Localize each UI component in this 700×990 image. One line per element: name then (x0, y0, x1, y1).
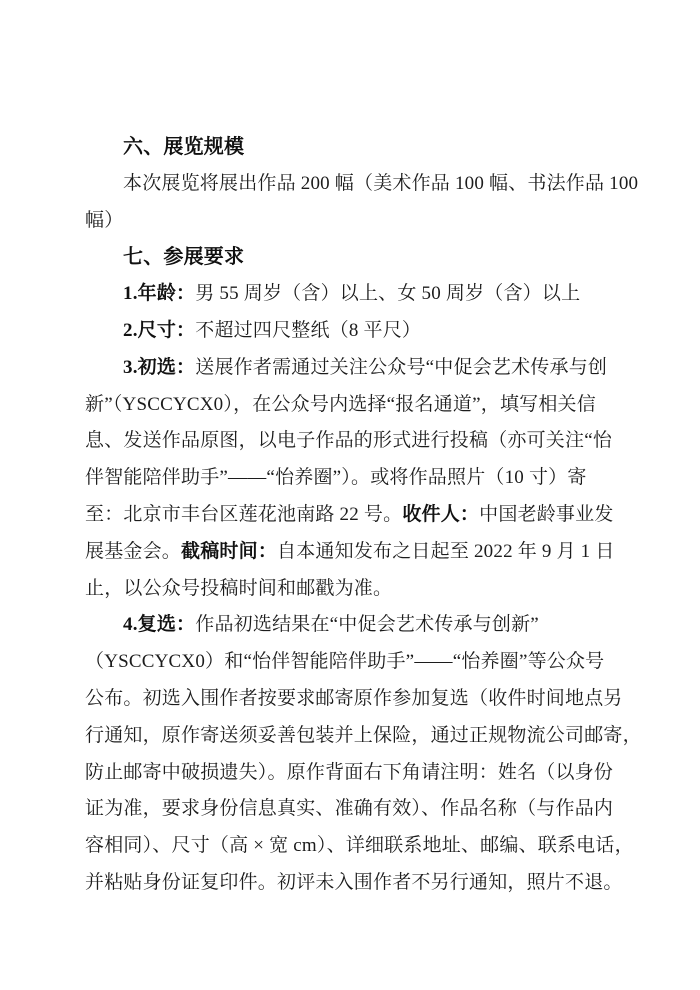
text-line: 并粘贴身份证复印件。初评未入围作者不另行通知，照片不退。 (85, 865, 619, 902)
text-line: 防止邮寄中破损遗失）。原作背面右下角请注明：姓名（以身份 (85, 755, 619, 792)
body-text: 展基金会。 (85, 541, 181, 562)
body-text: 中国老龄事业发 (479, 504, 613, 525)
document-page: 六、展览规模本次展览将展出作品 200 幅（美术作品 100 幅、书法作品 10… (0, 0, 700, 990)
body-text: 自本通知发布之日起至 2022 年 9 月 1 日 (277, 541, 615, 562)
text-line: 新”（YSCCYCX0），在公众号内选择“报名通道”，填写相关信 (85, 387, 619, 424)
body-text: 男 55 周岁（含）以上、女 50 周岁（含）以上 (195, 283, 580, 304)
text-line: 伴智能陪伴助手”——“怡养圈”）。或将作品照片（10 寸）寄 (85, 460, 619, 497)
body-text: 防止邮寄中破损遗失）。原作背面右下角请注明：姓名（以身份 (85, 762, 613, 783)
text-line: 展基金会。截稿时间：自本通知发布之日起至 2022 年 9 月 1 日 (85, 534, 619, 571)
section-heading: 七、参展要求 (85, 239, 619, 276)
text-line: 容相同）、尺寸（高 × 宽 cm）、详细联系地址、邮编、联系电话， (85, 828, 619, 865)
body-text: 容相同）、尺寸（高 × 宽 cm）、详细联系地址、邮编、联系电话， (85, 835, 634, 856)
emphasis-text: 4.复选： (123, 614, 195, 635)
body-text: 伴智能陪伴助手”——“怡养圈”）。或将作品照片（10 寸）寄 (85, 467, 587, 488)
document-content: 六、展览规模本次展览将展出作品 200 幅（美术作品 100 幅、书法作品 10… (85, 129, 619, 902)
body-text: 并粘贴身份证复印件。初评未入围作者不另行通知，照片不退。 (85, 872, 623, 893)
body-text: （YSCCYCX0）和“怡伴智能陪伴助手”——“怡养圈”等公众号 (85, 651, 604, 672)
text-line: （YSCCYCX0）和“怡伴智能陪伴助手”——“怡养圈”等公众号 (85, 644, 619, 681)
text-line: 2.尺寸：不超过四尺整纸（8 平尺） (85, 313, 619, 350)
emphasis-text: 2.尺寸： (123, 320, 195, 341)
emphasis-text: 截稿时间： (181, 541, 277, 562)
emphasis-text: 1.年龄： (123, 283, 195, 304)
body-text: 作品初选结果在“中促会艺术传承与创新” (195, 614, 539, 635)
body-text: 公布。初选入围作者按要求邮寄原作参加复选（收件时间地点另 (85, 688, 623, 709)
text-line: 止，以公众号投稿时间和邮戳为准。 (85, 571, 619, 608)
body-text: 止，以公众号投稿时间和邮戳为准。 (85, 578, 392, 599)
body-text: 证为准，要求身份信息真实、准确有效）、作品名称（与作品内 (85, 798, 613, 819)
text-line: 3.初选：送展作者需通过关注公众号“中促会艺术传承与创 (85, 350, 619, 387)
text-line: 本次展览将展出作品 200 幅（美术作品 100 幅、书法作品 100 (85, 166, 619, 203)
body-text: 送展作者需通过关注公众号“中促会艺术传承与创 (195, 357, 607, 378)
body-text: 新”（YSCCYCX0），在公众号内选择“报名通道”，填写相关信 (85, 394, 596, 415)
text-line: 幅） (85, 203, 619, 240)
body-text: 本次展览将展出作品 200 幅（美术作品 100 幅、书法作品 100 (123, 173, 638, 194)
text-line: 行通知，原作寄送须妥善包装并上保险，通过正规物流公司邮寄， (85, 718, 619, 755)
emphasis-text: 六、展览规模 (123, 136, 244, 158)
emphasis-text: 收件人： (402, 504, 479, 525)
text-line: 公布。初选入围作者按要求邮寄原作参加复选（收件时间地点另 (85, 681, 619, 718)
emphasis-text: 七、参展要求 (123, 246, 244, 268)
text-line: 证为准，要求身份信息真实、准确有效）、作品名称（与作品内 (85, 791, 619, 828)
text-line: 4.复选：作品初选结果在“中促会艺术传承与创新” (85, 607, 619, 644)
body-text: 息、发送作品原图，以电子作品的形式进行投稿（亦可关注“怡 (85, 430, 612, 451)
body-text: 行通知，原作寄送须妥善包装并上保险，通过正规物流公司邮寄， (85, 725, 642, 746)
body-text: 不超过四尺整纸（8 平尺） (195, 320, 421, 341)
body-text: 至：北京市丰台区莲花池南路 22 号。 (85, 504, 402, 525)
text-line: 1.年龄：男 55 周岁（含）以上、女 50 周岁（含）以上 (85, 276, 619, 313)
emphasis-text: 3.初选： (123, 357, 195, 378)
body-text: 幅） (85, 210, 123, 231)
section-heading: 六、展览规模 (85, 129, 619, 166)
text-line: 息、发送作品原图，以电子作品的形式进行投稿（亦可关注“怡 (85, 423, 619, 460)
text-line: 至：北京市丰台区莲花池南路 22 号。收件人：中国老龄事业发 (85, 497, 619, 534)
